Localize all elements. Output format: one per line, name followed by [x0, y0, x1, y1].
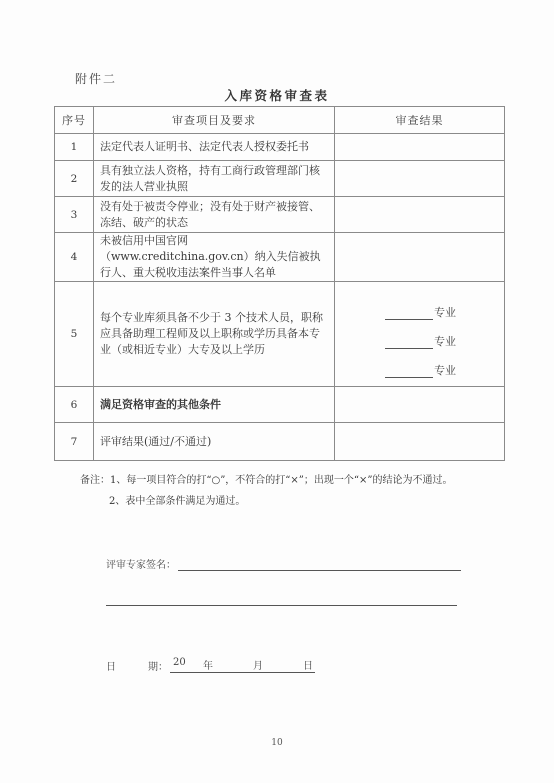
specialty-label: 专业: [434, 304, 456, 320]
note-line-2: 2、表中全部条件满足为通过。: [80, 491, 453, 512]
date-label-left: 日: [106, 658, 148, 673]
row-number: 4: [55, 233, 94, 282]
row-item: 没有处于被责令停业；没有处于财产被接管、冻结、破产的状态: [94, 197, 335, 233]
row-result-cell[interactable]: [335, 197, 505, 233]
expert-signature: 评审专家签名：: [106, 556, 461, 571]
year-prefix: 20: [170, 657, 203, 672]
row-number: 3: [55, 197, 94, 233]
specialty-blank[interactable]: [385, 365, 433, 378]
specialty-field[interactable]: 专业: [341, 320, 498, 349]
specialty-label: 专业: [434, 362, 456, 378]
year-label: 年: [203, 657, 253, 672]
row-result-cell: 专业 专业 专业: [335, 282, 505, 387]
table-row: 2 具有独立法人资格，持有工商行政管理部门核发的法人营业执照: [55, 161, 505, 197]
month-label: 月: [253, 657, 303, 672]
specialty-label: 专业: [434, 333, 456, 349]
row-result-cell[interactable]: [335, 423, 505, 461]
page-title: 入库资格审查表: [0, 86, 554, 104]
column-header-result: 审查结果: [335, 107, 505, 134]
row-number: 7: [55, 423, 94, 461]
notes-section: 备注：1、每一项目符合的打“○”，不符合的打“×”；出现一个“×”的结论为不通过…: [80, 470, 453, 512]
specialty-blank[interactable]: [385, 307, 433, 320]
note-line-1: 备注：1、每一项目符合的打“○”，不符合的打“×”；出现一个“×”的结论为不通过…: [80, 470, 453, 491]
day-label: 日: [303, 657, 315, 672]
row-item: 法定代表人证明书、法定代表人授权委托书: [94, 134, 335, 161]
document-page: 附件二 入库资格审查表 序号 审查项目及要求 审查结果 1 法定代表人证明书、法…: [0, 0, 554, 783]
table-header-row: 序号 审查项目及要求 审查结果: [55, 107, 505, 134]
row-item: 具有独立法人资格，持有工商行政管理部门核发的法人营业执照: [94, 161, 335, 197]
date-field[interactable]: 20 年 月 日: [170, 657, 315, 673]
table-row: 7 评审结果(通过/不通过): [55, 423, 505, 461]
row-item: 未被信用中国官网（www.creditchina.gov.cn）纳入失信被执行人…: [94, 233, 335, 282]
row-number: 2: [55, 161, 94, 197]
column-header-number: 序号: [55, 107, 94, 134]
column-header-item: 审查项目及要求: [94, 107, 335, 134]
date-label-right: 期：: [148, 658, 168, 673]
row-result-cell[interactable]: [335, 387, 505, 423]
row-item: 评审结果(通过/不通过): [94, 423, 335, 461]
date-row: 日 期： 20 年 月 日: [106, 657, 315, 673]
signature-field-second-line[interactable]: [106, 605, 457, 606]
row-result-cell[interactable]: [335, 161, 505, 197]
qualification-review-table: 序号 审查项目及要求 审查结果 1 法定代表人证明书、法定代表人授权委托书 2 …: [54, 106, 505, 461]
row-result-cell[interactable]: [335, 233, 505, 282]
signature-label: 评审专家签名：: [106, 556, 176, 571]
table-row: 4 未被信用中国官网（www.creditchina.gov.cn）纳入失信被执…: [55, 233, 505, 282]
signature-field[interactable]: [178, 560, 461, 571]
attachment-label: 附件二: [75, 70, 117, 87]
row-item: 每个专业库须具备不少于 3 个技术人员，职称应具备助理工程师及以上职称或学历具备…: [94, 282, 335, 387]
table-row: 1 法定代表人证明书、法定代表人授权委托书: [55, 134, 505, 161]
specialty-field[interactable]: 专业: [341, 349, 498, 378]
page-number: 10: [0, 738, 554, 748]
row-number: 1: [55, 134, 94, 161]
row-result-cell[interactable]: [335, 134, 505, 161]
specialty-field[interactable]: 专业: [341, 291, 498, 320]
row-item: 满足资格审查的其他条件: [94, 387, 335, 423]
table-row: 3 没有处于被责令停业；没有处于财产被接管、冻结、破产的状态: [55, 197, 505, 233]
table-row: 6 满足资格审查的其他条件: [55, 387, 505, 423]
table-row: 5 每个专业库须具备不少于 3 个技术人员，职称应具备助理工程师及以上职称或学历…: [55, 282, 505, 387]
row-number: 5: [55, 282, 94, 387]
row-number: 6: [55, 387, 94, 423]
specialty-blank[interactable]: [385, 336, 433, 349]
